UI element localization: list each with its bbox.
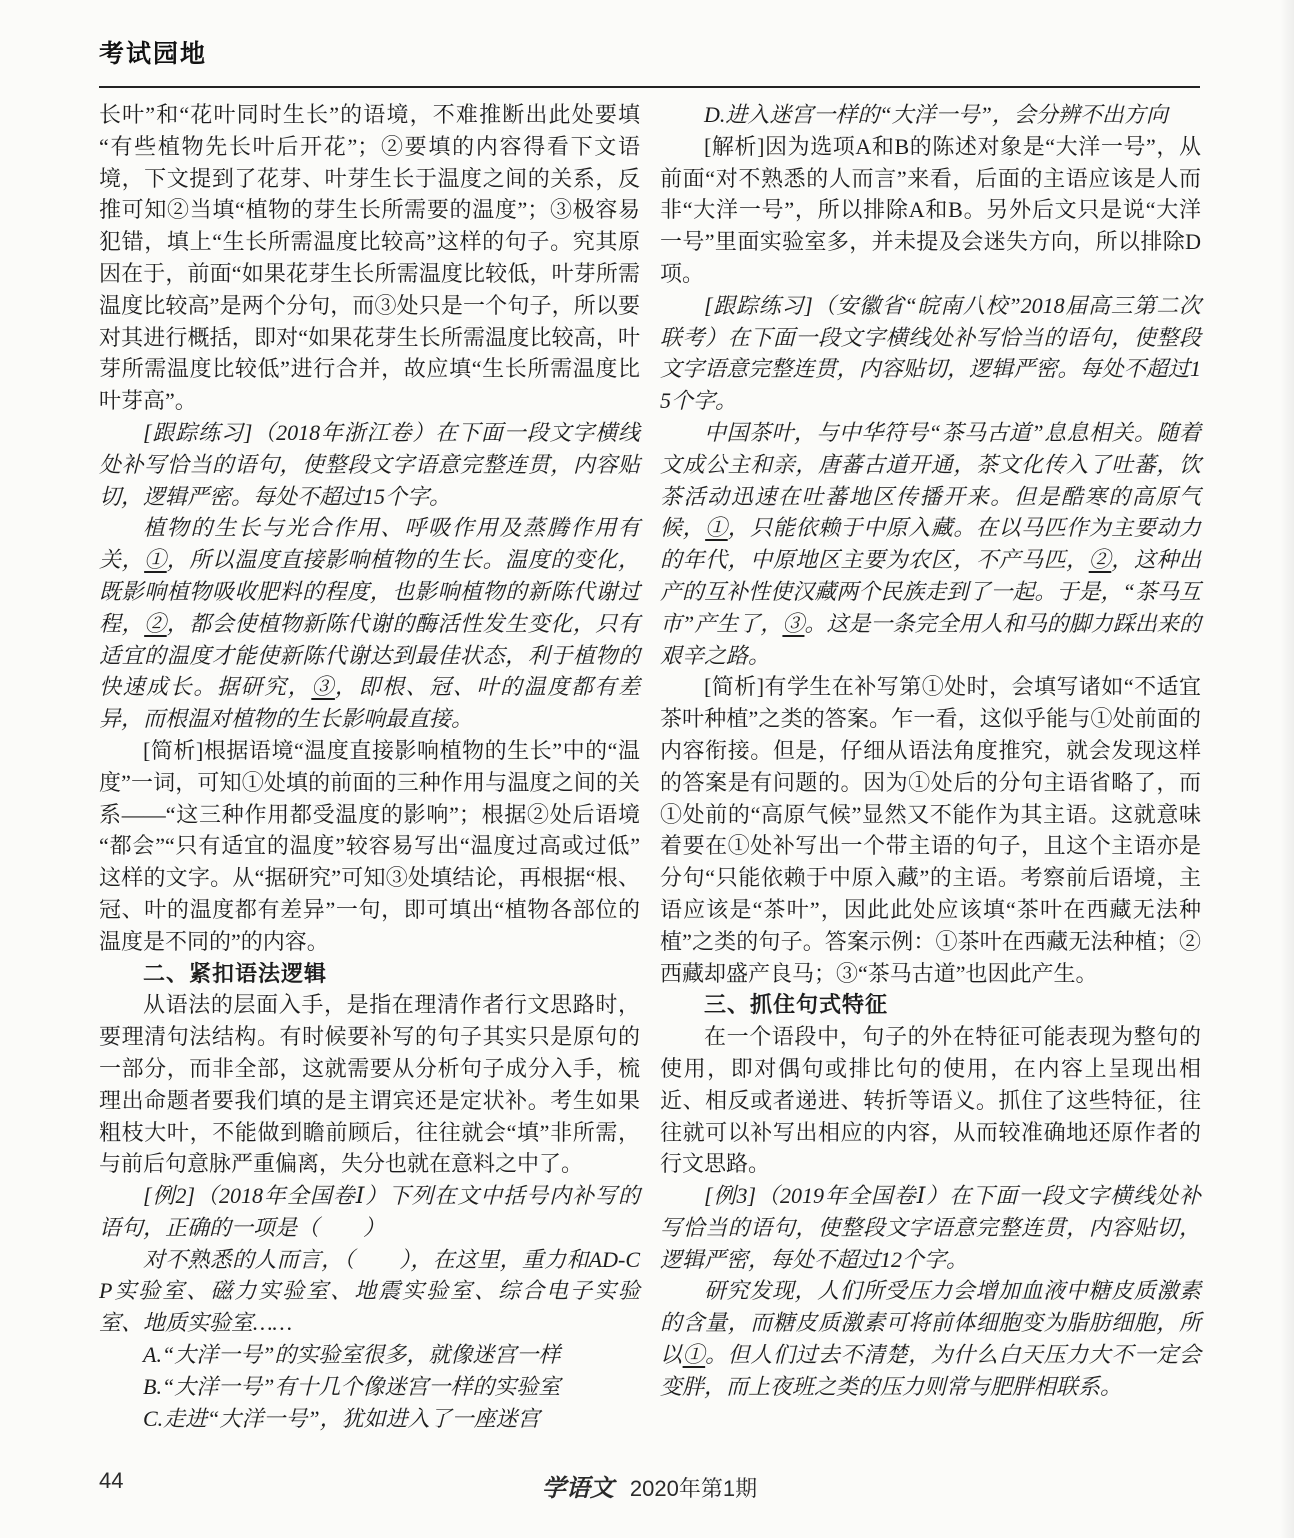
right-column: D.进入迷宫一样的“大洋一号”，会分辨不出方向[解析]因为选项A和B的陈述对象是… [660, 99, 1201, 1403]
analysis-continued-paragraph: 长叶”和“花叶同时生长”的语境，不难推断出此处要填“有些植物先长叶后开花”；②要… [99, 99, 640, 417]
analysis-paragraph: [解析]因为选项A和B的陈述对象是“大洋一号”，从前面“对不熟悉的人而言”来看，… [660, 131, 1201, 290]
exercise-passage: 中国茶叶，与中华符号“茶马古道”息息相关。随着文成公主和亲，唐蕃古道开通，茶文化… [660, 417, 1201, 671]
page-number: 44 [99, 1468, 123, 1494]
two-column-body: 长叶”和“花叶同时生长”的语境，不难推断出此处要填“有些植物先长叶后开花”；②要… [99, 99, 1201, 1434]
option-C: C.走进“大洋一号”，犹如进入了一座迷宫 [99, 1403, 640, 1435]
example-2-passage: 对不熟悉的人而言，（ ），在这里，重力和AD-CP实验室、磁力实验室、地震实验室… [99, 1244, 640, 1339]
blank-marker: ① [683, 1342, 706, 1367]
blank-marker: ② [144, 611, 167, 636]
example-3-passage: 研究发现，人们所受压力会增加血液中糖皮质激素的含量，而糖皮质激素可将前体细胞变为… [660, 1275, 1201, 1402]
example-3-prompt: [例3]（2019年全国卷Ⅰ）在下面一段文字横线处补写恰当的语句，使整段文字语意… [660, 1180, 1201, 1275]
magazine-page: 考试园地 长叶”和“花叶同时生长”的语境，不难推断出此处要填“有些植物先长叶后开… [0, 0, 1294, 1538]
section-label: 考试园地 [99, 34, 1200, 70]
journal-line: 学语文2020年第1期 [99, 1468, 1200, 1503]
blank-marker: ③ [782, 611, 804, 636]
blank-marker: ② [1089, 547, 1112, 572]
section-heading-2: 二、紧扣语法逻辑 [99, 958, 640, 990]
exercise-prompt: [跟踪练习]（安徽省“皖南八校”2018届高三第二次联考）在下面一段文字横线处补… [660, 290, 1201, 417]
issue-label: 2020年第1期 [630, 1476, 757, 1501]
left-column: 长叶”和“花叶同时生长”的语境，不难推断出此处要填“有些植物先长叶后开花”；②要… [99, 99, 640, 1434]
blank-marker: ③ [311, 674, 335, 699]
body-paragraph: 从语法的层面入手，是指在理清作者行文思路时，要理清句法结构。有时候要补写的句子其… [99, 989, 640, 1180]
option-D: D.进入迷宫一样的“大洋一号”，会分辨不出方向 [660, 99, 1201, 131]
exercise-passage: 植物的生长与光合作用、呼吸作用及蒸腾作用有关，①，所以温度直接影响植物的生长。温… [99, 512, 640, 735]
journal-logo: 学语文 [542, 1476, 614, 1502]
blank-marker: ① [705, 515, 728, 540]
example-2-prompt: [例2]（2018年全国卷Ⅰ）下列在文中括号内补写的语句，正确的一项是（ ） [99, 1180, 640, 1244]
page-header: 考试园地 [99, 34, 1200, 88]
option-A: A.“大洋一号”的实验室很多，就像迷宫一样 [99, 1339, 640, 1371]
exercise-prompt: [跟踪练习]（2018年浙江卷）在下面一段文字横线处补写恰当的语句，使整段文字语… [99, 417, 640, 512]
analysis-paragraph: [简析]根据语境“温度直接影响植物的生长”中的“温度”一词，可知①处填的前面的三… [99, 735, 640, 958]
analysis-paragraph: [简析]有学生在补写第①处时，会填写诸如“不适宜茶叶种植”之类的答案。乍一看，这… [660, 671, 1201, 989]
header-rule [99, 86, 1200, 88]
body-paragraph: 在一个语段中，句子的外在特征可能表现为整句的使用，即对偶句或排比句的使用，在内容… [660, 1021, 1201, 1180]
blank-marker: ① [144, 547, 167, 572]
page-footer: 44 学语文2020年第1期 [99, 1468, 1200, 1503]
section-heading-3: 三、抓住句式特征 [660, 989, 1201, 1021]
option-B: B.“大洋一号”有十几个像迷宫一样的实验室 [99, 1371, 640, 1403]
